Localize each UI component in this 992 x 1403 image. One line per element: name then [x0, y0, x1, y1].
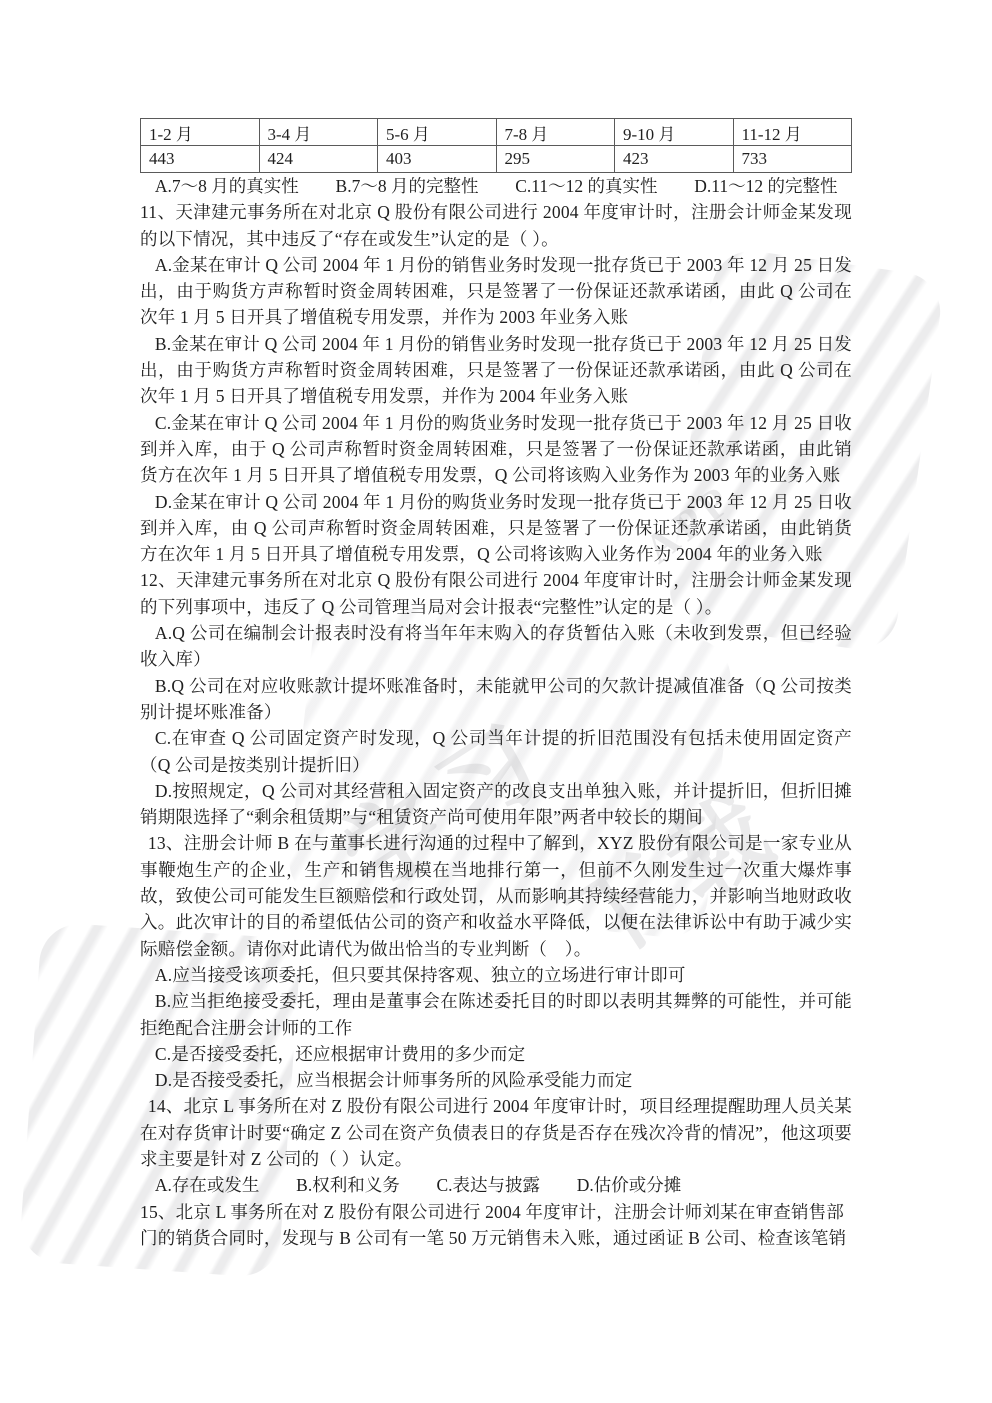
- table-value-cell: 423: [615, 146, 734, 173]
- q11-option-d: D.金某在审计 Q 公司 2004 年 1 月份的购货业务时发现一批存货已于 2…: [140, 489, 852, 568]
- q13-option-c: C.是否接受委托，还应根据审计费用的多少而定: [140, 1041, 852, 1067]
- table-value-row: 443 424 403 295 423 733: [141, 146, 852, 173]
- q15-stem-partial: 15、北京 L 事务所在对 Z 股份有限公司进行 2004 年度审计，注册会计师…: [140, 1199, 852, 1252]
- table-header-row: 1-2 月 3-4 月 5-6 月 7-8 月 9-10 月 11-12 月: [141, 119, 852, 146]
- table-value-cell: 424: [259, 146, 378, 173]
- q12-option-b: B.Q 公司在对应收账款计提坏账准备时，未能就甲公司的欠款计提减值准备（Q 公司…: [140, 673, 852, 726]
- q12-option-c: C.在审查 Q 公司固定资产时发现，Q 公司当年计提的折旧范围没有包括未使用固定…: [140, 725, 852, 778]
- table-header-cell: 11-12 月: [733, 119, 852, 146]
- q12-stem: 12、天津建元事务所在对北京 Q 股份有限公司进行 2004 年度审计时，注册会…: [140, 567, 852, 620]
- document-page: 1-2 月 3-4 月 5-6 月 7-8 月 9-10 月 11-12 月 4…: [140, 118, 852, 1251]
- q14-options-line: A.存在或发生B.权利和义务C.表达与披露D.估价或分摊: [140, 1172, 852, 1198]
- table-header-cell: 1-2 月: [141, 119, 260, 146]
- q12-option-d: D.按照规定，Q 公司对其经营租入固定资产的改良支出单独入账，并计提折旧，但折旧…: [140, 778, 852, 831]
- table-header-cell: 7-8 月: [496, 119, 615, 146]
- q13-option-a: A.应当接受该项委托，但只要其保持客观、独立的立场进行审计即可: [140, 962, 852, 988]
- q14-option-c: C.表达与披露: [436, 1175, 540, 1195]
- q13-stem: 13、注册会计师 B 在与董事长进行沟通的过程中了解到，XYZ 股份有限公司是一…: [140, 830, 852, 961]
- q10-option-a: A.7～8 月的真实性: [155, 176, 299, 196]
- q11-option-a: A.金某在审计 Q 公司 2004 年 1 月份的销售业务时发现一批存货已于 2…: [140, 252, 852, 331]
- q11-option-b: B.金某在审计 Q 公司 2004 年 1 月份的销售业务时发现一批存货已于 2…: [140, 331, 852, 410]
- q13-option-b: B.应当拒绝接受委托，理由是董事会在陈述委托目的时即以表明其舞弊的可能性，并可能…: [140, 988, 852, 1041]
- table-header-cell: 9-10 月: [615, 119, 734, 146]
- q11-stem: 11、天津建元事务所在对北京 Q 股份有限公司进行 2004 年度审计时，注册会…: [140, 199, 852, 252]
- q13-option-d: D.是否接受委托，应当根据会计师事务所的风险承受能力而定: [140, 1067, 852, 1093]
- monthly-figures-table: 1-2 月 3-4 月 5-6 月 7-8 月 9-10 月 11-12 月 4…: [140, 118, 852, 173]
- q12-option-a: A.Q 公司在编制会计报表时没有将当年年末购入的存货暂估入账（未收到发票，但已经…: [140, 620, 852, 673]
- table-header-cell: 5-6 月: [378, 119, 497, 146]
- q10-option-c: C.11～12 的真实性: [515, 176, 657, 196]
- q14-stem: 14、北京 L 事务所在对 Z 股份有限公司进行 2004 年度审计时，项目经理…: [140, 1093, 852, 1172]
- table-value-cell: 295: [496, 146, 615, 173]
- q14-option-d: D.估价或分摊: [577, 1175, 682, 1195]
- table-value-cell: 403: [378, 146, 497, 173]
- q11-option-c: C.金某在审计 Q 公司 2004 年 1 月份的购货业务时发现一批存货已于 2…: [140, 410, 852, 489]
- q10-option-b: B.7～8 月的完整性: [336, 176, 479, 196]
- q14-option-a: A.存在或发生: [155, 1175, 260, 1195]
- table-header-cell: 3-4 月: [259, 119, 378, 146]
- table-value-cell: 733: [733, 146, 852, 173]
- q10-options-line: A.7～8 月的真实性B.7～8 月的完整性C.11～12 的真实性D.11～1…: [140, 173, 852, 199]
- table-value-cell: 443: [141, 146, 260, 173]
- q14-option-b: B.权利和义务: [296, 1175, 400, 1195]
- q10-option-d: D.11～12 的完整性: [694, 176, 837, 196]
